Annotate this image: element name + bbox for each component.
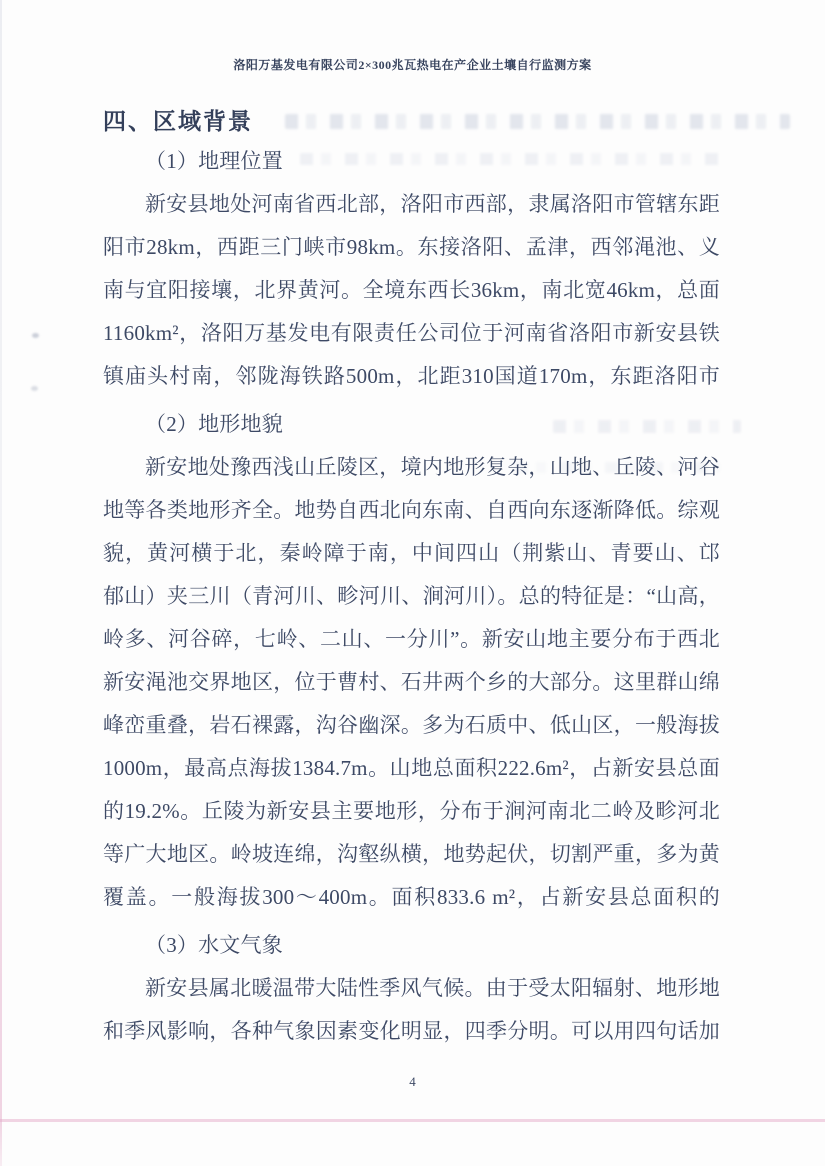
- paragraph-line: 地等各类地形齐全。地势自西北向东南、自西向东逐渐降低。综观全: [103, 489, 720, 532]
- scan-rule-line: [0, 1119, 825, 1122]
- page-number: 4: [0, 1072, 825, 1092]
- scan-edge-line: [0, 0, 2, 1166]
- paragraph-line: 的19.2%。丘陵为新安县主要地形，分布于涧河南北二岭及畛河北岸: [103, 790, 720, 833]
- paragraph-line: 峰峦重叠，岩石裸露，沟谷幽深。多为石质中、低山区，一般海拔700～: [103, 704, 720, 747]
- paragraph-line: 新安县地处河南省西北部，洛阳市西部，隶属洛阳市管辖东距洛: [103, 183, 720, 226]
- paragraph-line: 1000m，最高点海拔1384.7m。山地总面积222.6m²，占新安县总面积: [103, 747, 720, 790]
- document-body: 四、区域背景 （1）地理位置 新安县地处河南省西北部，洛阳市西部，隶属洛阳市管辖…: [103, 104, 720, 1053]
- paragraph-line: 新安县属北暖温带大陆性季风气候。由于受太阳辐射、地形地势: [103, 967, 720, 1010]
- subsection-heading-3: （3）水文气象: [103, 924, 720, 967]
- paragraph-line: 新安地处豫西浅山丘陵区，境内地形复杂，山地、丘陵、河谷川: [103, 446, 720, 489]
- running-header: 洛阳万基发电有限公司2×300兆瓦热电在产企业土壤自行监测方案: [0, 56, 825, 74]
- scan-speck: [32, 333, 39, 338]
- paragraph-line: 新安渑池交界地区，位于曹村、石井两个乡的大部分。这里群山绵亘，: [103, 661, 720, 704]
- paragraph-line: 1160km²，洛阳万基发电有限责任公司位于河南省洛阳市新安县铁门: [103, 312, 720, 355]
- paragraph-line: 岭多、河谷碎，七岭、二山、一分川”。新安山地主要分布于西北部: [103, 618, 720, 661]
- paragraph-line: 覆盖。一般海拔300～400m。面积833.6 m²，占新安县总面积的71.8%…: [103, 876, 720, 919]
- section-title: 四、区域背景: [103, 104, 720, 140]
- scan-speck: [31, 386, 38, 391]
- paragraph-line: 貌，黄河横于北，秦岭障于南，中间四山（荆紫山、青要山、邙山、: [103, 532, 720, 575]
- paragraph-line: 郁山）夹三川（青河川、畛河川、涧河川）。总的特征是：“山高，: [103, 575, 720, 618]
- paragraph-line: 镇庙头村南，邻陇海铁路500m，北距310国道170m，东距洛阳市40km。: [103, 355, 720, 398]
- paragraph-line: 和季风影响，各种气象因素变化明显，四季分明。可以用四句话加以: [103, 1010, 720, 1053]
- paragraph-line: 等广大地区。岭坡连绵，沟壑纵横，地势起伏，切割严重，多为黄土: [103, 833, 720, 876]
- paragraph-line: 南与宜阳接壤，北界黄河。全境东西长36km，南北宽46km，总面积: [103, 269, 720, 312]
- document-page: 洛阳万基发电有限公司2×300兆瓦热电在产企业土壤自行监测方案 四、区域背景 （…: [0, 0, 825, 1166]
- subsection-heading-2: （2）地形地貌: [103, 403, 720, 446]
- subsection-heading-1: （1）地理位置: [103, 140, 720, 183]
- paragraph-line: 阳市28km，西距三门峡市98km。东接洛阳、孟津，西邻渑池、义马，: [103, 226, 720, 269]
